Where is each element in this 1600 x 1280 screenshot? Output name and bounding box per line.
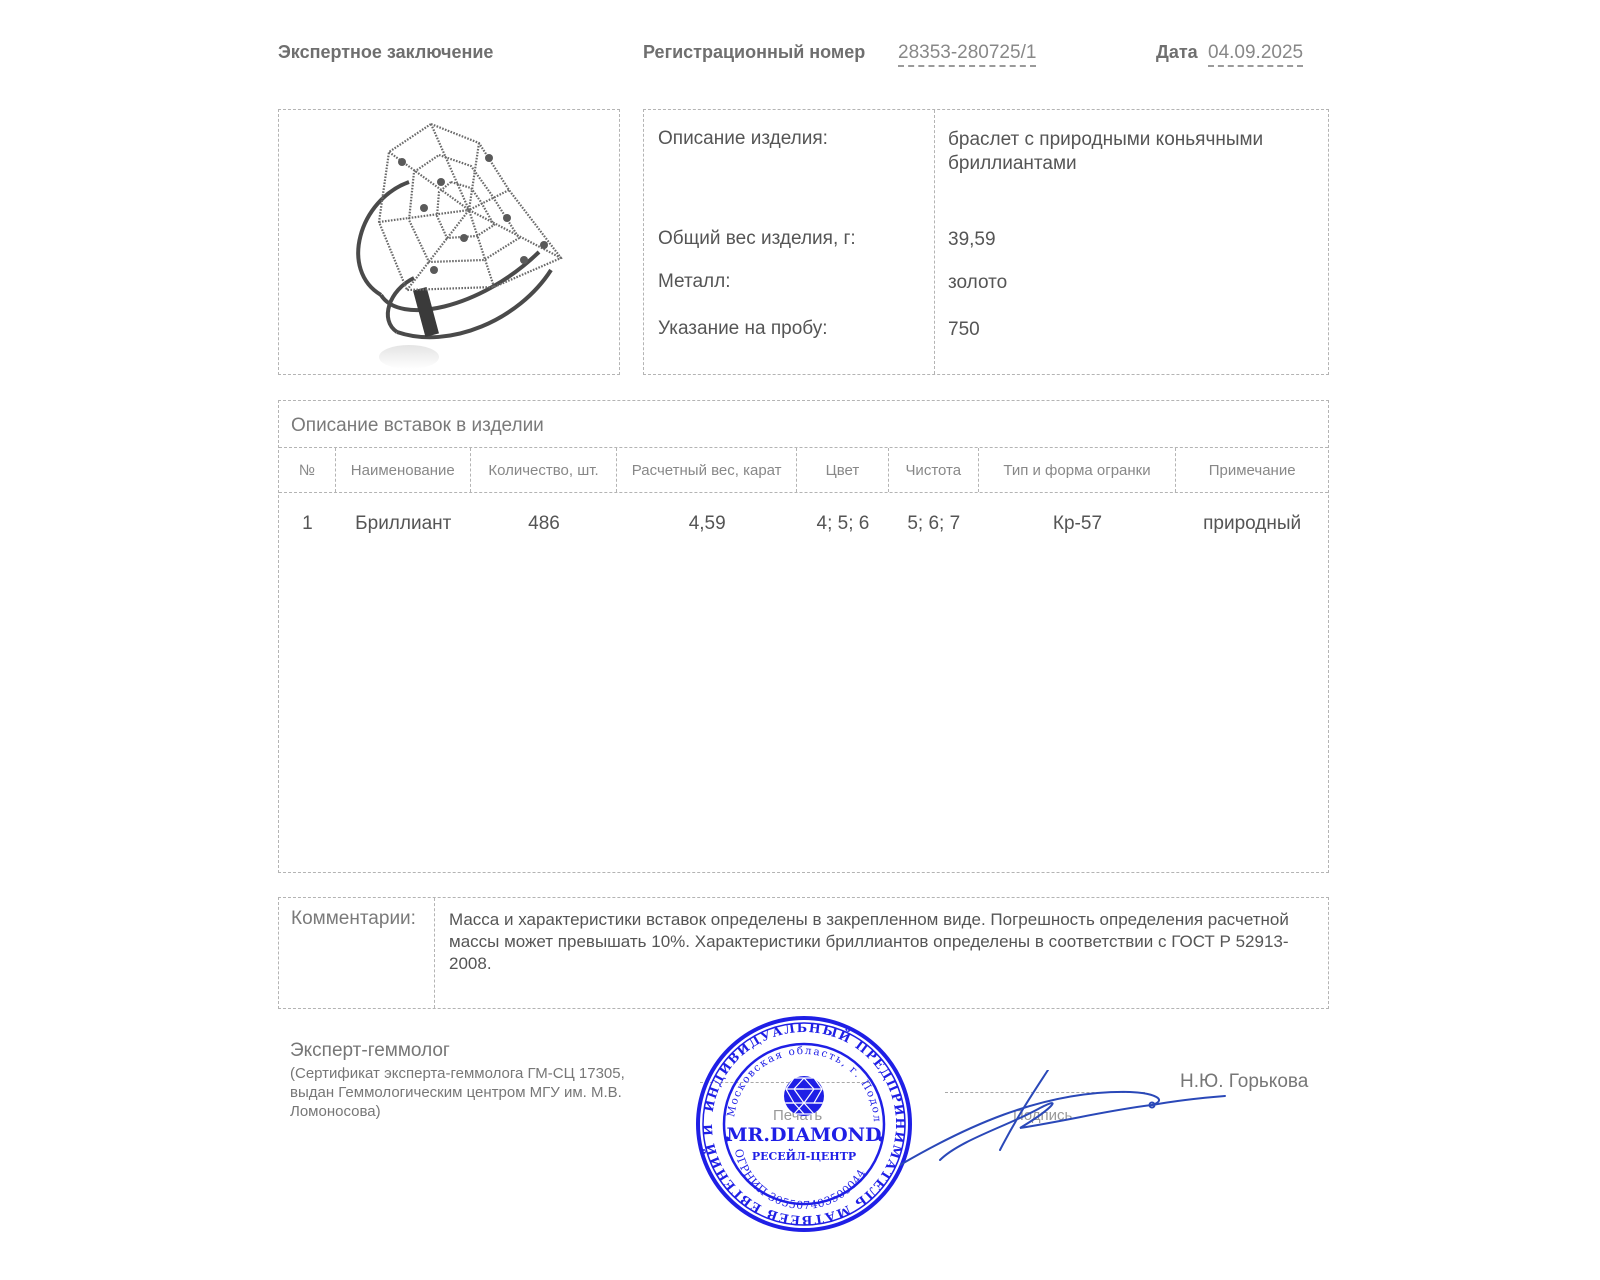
registration-number-label: Регистрационный номер — [643, 42, 865, 63]
table-row: 1 Бриллиант 486 4,59 4; 5; 6 5; 6; 7 Кр-… — [279, 509, 1328, 539]
company-stamp: ИНДИВИДУАЛЬНЫЙ ПРЕДПРИНИМАТЕЛЬ МАТВЕЕВ Е… — [694, 1014, 914, 1234]
item-description-label: Описание изделия: — [658, 128, 828, 150]
inserts-table: Описание вставок в изделии № Наименовани… — [278, 400, 1329, 873]
expert-title: Эксперт-геммолог — [290, 1040, 450, 1062]
total-weight-label: Общий вес изделия, г: — [658, 228, 856, 250]
cell-note: природный — [1176, 509, 1328, 539]
hallmark-value: 750 — [948, 318, 1318, 342]
info-divider — [934, 110, 935, 374]
product-image-frame — [278, 109, 620, 375]
item-info-panel: Описание изделия: браслет с природными к… — [643, 109, 1329, 375]
column-header-note: Примечание — [1176, 448, 1328, 492]
cell-quantity: 486 — [471, 509, 618, 539]
comments-panel: Комментарии: Масса и характеристики вста… — [278, 897, 1329, 1009]
expert-credentials: (Сертификат эксперта-геммолога ГМ-СЦ 173… — [290, 1064, 670, 1121]
column-header-weight: Расчетный вес, карат — [617, 448, 797, 492]
cell-weight: 4,59 — [617, 509, 797, 539]
column-header-quantity: Количество, шт. — [471, 448, 618, 492]
signature-scribble — [900, 1070, 1240, 1180]
cell-color: 4; 5; 6 — [797, 509, 889, 539]
stamp-subtitle: РЕСЕЙЛ-ЦЕНТР — [752, 1148, 856, 1163]
comments-divider — [434, 898, 435, 1008]
inserts-title: Описание вставок в изделии — [291, 415, 544, 437]
comments-text: Масса и характеристики вставок определен… — [449, 909, 1324, 975]
bracelet-photo — [279, 110, 619, 374]
metal-value: золото — [948, 271, 1318, 295]
column-header-number: № — [279, 448, 336, 492]
metal-label: Металл: — [658, 271, 730, 293]
stamp-brand: MR.DIAMOND — [727, 1124, 882, 1146]
cell-cut: Кр-57 — [979, 509, 1177, 539]
document-title: Экспертное заключение — [278, 42, 493, 63]
inserts-table-header: № Наименование Количество, шт. Расчетный… — [279, 447, 1328, 493]
registration-number-value: 28353-280725/1 — [898, 42, 1036, 67]
column-header-cut: Тип и форма огранки — [979, 448, 1177, 492]
hallmark-label: Указание на пробу: — [658, 318, 828, 340]
date-label: Дата — [1156, 42, 1198, 63]
column-header-clarity: Чистота — [889, 448, 979, 492]
cell-number: 1 — [279, 509, 336, 539]
column-header-color: Цвет — [797, 448, 889, 492]
diamond-logo-icon — [784, 1076, 824, 1116]
date-value: 04.09.2025 — [1208, 42, 1303, 67]
total-weight-value: 39,59 — [948, 228, 1318, 252]
comments-label: Комментарии: — [291, 908, 416, 930]
cell-name: Бриллиант — [336, 509, 471, 539]
item-description-value: браслет с природными коньячными бриллиан… — [948, 128, 1318, 176]
cell-clarity: 5; 6; 7 — [889, 509, 979, 539]
column-header-name: Наименование — [336, 448, 471, 492]
